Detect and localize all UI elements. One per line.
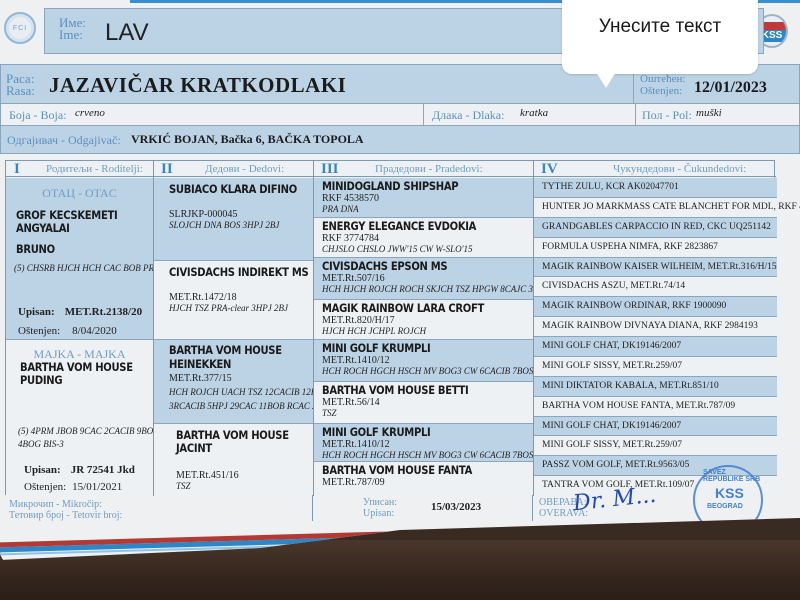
great-great-grandparent-row: HUNTER JO MARKMASS CATE BLANCHET FOR MDL… xyxy=(534,198,777,218)
ostenjen-label: Oštenjen: xyxy=(24,481,66,493)
dog-name[interactable]: LAV xyxy=(105,19,149,47)
pedigree-table: I Родитељи - Roditelji: II Дедови - Dedo… xyxy=(5,160,775,495)
great-grandparent-name: MINIDOGLAND SHIPSHAP xyxy=(322,181,458,194)
column-number: II xyxy=(161,161,173,178)
great-great-grandparent-row: BARTHA VOM HOUSE FANTA, MET.Rt.787/09 xyxy=(534,397,777,417)
grandparent-name: BARTHA VOM HOUSE JACINT xyxy=(176,430,313,455)
column-title: Родитељи - Roditelji: xyxy=(46,163,143,175)
column-number: III xyxy=(321,161,339,178)
great-grandparent-name: BARTHA VOM HOUSE BETTI xyxy=(322,385,468,398)
great-great-grandparent-row: MAGIK RAINBOW KAISER WILHEIM, MET.Rt.316… xyxy=(534,258,777,278)
great-grandparent-reg: RKF 4538570 xyxy=(322,193,458,204)
great-grandparent-titles: PRA DNA xyxy=(322,204,458,214)
text-callout-bubble[interactable]: Унесите текст xyxy=(562,0,758,74)
stamp-title: KSS xyxy=(715,485,744,501)
color-value: crveno xyxy=(75,107,105,119)
great-grandparent-reg: MET.Rt.507/16 xyxy=(322,273,533,284)
whelped-date: 12/01/2023 xyxy=(694,79,767,97)
great-great-grandparent-row: MINI GOLF SISSY, MET.Rt.259/07 xyxy=(534,436,777,456)
sire-cell: ОТАЦ - OTAC GROF KECSKEMETI ANGYALAI BRU… xyxy=(6,178,153,340)
breeder-value: VRKIĆ BOJAN, Bačka 6, BAČKA TOPOLA xyxy=(131,132,364,147)
color-coat-sex-row: Боја - Boja: crveno Длака - Dlaka: kratk… xyxy=(0,104,800,126)
tattoo-label: Тетовир број - Tetovir broj: xyxy=(9,510,122,521)
ostenjen-value: 15/01/2021 xyxy=(72,481,122,493)
breeder-row: Одгајивач - Odgajivač: VRKIĆ BOJAN, Bačk… xyxy=(0,126,800,154)
great-grandparent-titles: HCH HJCH ROJCH ROCH SKJCH TSZ HPGW 8CAJC… xyxy=(322,284,533,294)
great-great-grandparent-row: MAGIK RAINBOW DIVNAYA DIANA, RKF 2984193 xyxy=(534,317,777,337)
column-title: Чукундедови - Čukundedovi: xyxy=(613,163,746,175)
fci-logo-text: FCI xyxy=(13,25,27,32)
callout-tail xyxy=(596,72,616,88)
fci-logo-icon: FCI xyxy=(4,12,36,44)
grandparent-name: BARTHA VOM HOUSE xyxy=(169,345,313,358)
microchip-label: Микрочип - Mikročip: xyxy=(9,499,122,510)
great-grandparent-cell: MINI GOLF KRUMPLIMET.Rt.1410/12HCH ROCH … xyxy=(314,340,533,382)
great-great-grandparent-row: CIVISDACHS ASZU, MET.Rt.74/14 xyxy=(534,277,777,297)
dam-titles: (5) 4PRM JBOB 9CAC 2CACIB 9BOB 2BOG-2 xyxy=(18,426,153,436)
pedigree-footer: Микрочип - Mikročip: Тетовир број - Teto… xyxy=(5,495,775,521)
grandparent-cell: SUBIACO KLARA DIFINO SLRJKP-000045 SLOJC… xyxy=(154,178,313,261)
column-header-great-grandparents: III Прадедови - Pradedovi: xyxy=(313,161,533,177)
great-grandparent-reg: MET.Rt.1410/12 xyxy=(322,439,533,450)
sire-name: GROF KECSKEMETI ANGYALAI xyxy=(16,210,153,235)
sire-titles: (5) CHSRB HJCH HCH CAC BOB PRA-1-clear xyxy=(14,263,153,273)
great-grandparent-cell: MINI GOLF KRUMPLIMET.Rt.1410/12HCH ROCH … xyxy=(314,424,533,462)
upisan-label: Upisan: xyxy=(18,306,55,318)
breed-label-latin: Rasa: xyxy=(6,85,35,97)
whelped-cell: Оштећен: Oštenjen: 12/01/2023 xyxy=(633,69,783,105)
grandparent-titles-line2: 3RCACIB 5HPJ 29CAC 11BOB RCAC 2CAJC xyxy=(169,401,313,411)
upisan-value: JR 72541 Jkd xyxy=(71,464,135,476)
great-grandparent-name: ENERGY ELEGANCE EVDOKIA xyxy=(322,221,476,234)
dam-cell: MAJKA - MAJKA BARTHA VOM HOUSE PUDING (5… xyxy=(6,340,153,496)
great-great-grandparent-row: MAGIK RAINBOW ORDINAR, RKF 1900090 xyxy=(534,297,777,317)
great-grandparent-titles: TSZ xyxy=(322,408,468,418)
great-grandparent-cell: BARTHA VOM HOUSE BETTIMET.Rt.56/14TSZ xyxy=(314,382,533,424)
whelped-label-latin: Oštenjen: xyxy=(640,85,685,97)
sex-value: muški xyxy=(696,107,722,119)
registered-date: 15/03/2023 xyxy=(431,501,481,513)
upisan-label: Upisan: xyxy=(24,464,61,476)
registered-cell: Уписан: Upisan: 15/03/2023 xyxy=(312,495,532,521)
kss-stamp-icon: SAVEZ REPUBLIKE SRB KSS BEOGRAD xyxy=(693,465,763,535)
great-grandparent-cell: BARTHA VOM HOUSE FANTAMET.Rt.787/09 xyxy=(314,462,533,496)
grandparent-reg: MET.Rt.1472/18 xyxy=(169,292,308,303)
column-header-great-great-grandparents: IV Чукундедови - Čukundedovi: xyxy=(533,161,776,177)
great-grandparent-cell: CIVISDACHS EPSON MSMET.Rt.507/16HCH HJCH… xyxy=(314,258,533,300)
grandparent-titles: HJCH TSZ PRA-clear 3HPJ 2BJ xyxy=(169,303,308,313)
column-title: Прадедови - Pradedovi: xyxy=(375,163,483,175)
great-great-grandparent-row: MINI GOLF SISSY, MET.Rt.259/07 xyxy=(534,357,777,377)
stamp-city: BEOGRAD xyxy=(707,503,743,510)
sire-registration: Upisan:MET.Rt.2138/20 xyxy=(18,306,152,318)
grandparent-cell: BARTHA VOM HOUSE HEINEKKEN MET.Rt.377/15… xyxy=(154,340,313,424)
pedigree-document: FCI KSS Име: Ime: LAV Раса: Rasa: JAZAVI… xyxy=(0,0,800,565)
great-great-grandparent-row: MINI GOLF CHAT, DK19146/2007 xyxy=(534,337,777,357)
ostenjen-label: Oštenjen: xyxy=(18,325,60,337)
great-great-grandparent-row: MINI GOLF CHAT, DK19146/2007 xyxy=(534,417,777,437)
grandparent-name: CIVISDACHS INDIREKT MS xyxy=(169,267,308,280)
great-grandparent-titles: CHJSLO CHSLO JWW'15 CW W-SLO'15 xyxy=(322,244,476,254)
great-grandparent-reg: RKF 3774784 xyxy=(322,233,476,244)
whelped-label-cyrillic: Оштећен: xyxy=(640,73,685,85)
dam-titles-line2: 4BOG BIS-3 xyxy=(18,439,64,449)
column-number: IV xyxy=(541,161,558,178)
grandparent-name-line2: HEINEKKEN xyxy=(169,359,313,372)
column-header-parents: I Родитељи - Roditelji: xyxy=(6,161,153,177)
microchip-tattoo-labels: Микрочип - Mikročip: Тетовир број - Teto… xyxy=(9,499,122,521)
registered-label-latin: Upisan: xyxy=(363,508,397,519)
great-grandparent-name: CIVISDACHS EPSON MS xyxy=(322,261,533,274)
great-great-grandparent-row: TYTHE ZULU, KCR AK02047701 xyxy=(534,178,777,198)
great-grandparent-titles: HCH ROCH HGCH HSCH MV BOG3 CW 6CACIB 7BO… xyxy=(322,366,533,376)
great-grandparent-name: MINI GOLF KRUMPLI xyxy=(322,343,533,356)
certified-cell: ОВЕРАВА: OVERAVA: Dr. M... SAVEZ REPUBLI… xyxy=(532,495,775,521)
great-grandparent-cell: MINIDOGLAND SHIPSHAPRKF 4538570PRA DNA xyxy=(314,178,533,218)
breeder-label: Одгајивач - Odgajivač: xyxy=(7,134,121,146)
breed-value: JAZAVIČAR KRATKODLAKI xyxy=(49,73,346,98)
grandparent-reg: MET.Rt.377/15 xyxy=(169,373,313,384)
dam-whelped: Oštenjen:15/01/2021 xyxy=(24,481,122,493)
sex-label: Пол - Pol: xyxy=(642,109,692,121)
grandparent-name: SUBIACO KLARA DIFINO xyxy=(169,184,297,197)
sex-cell: Пол - Pol: muški xyxy=(635,104,785,126)
great-grandparent-name: BARTHA VOM HOUSE FANTA xyxy=(322,465,472,478)
great-great-grandparents-column: TYTHE ZULU, KCR AK02047701HUNTER JO MARK… xyxy=(534,178,777,496)
dam-registration: Upisan:JR 72541 Jkd xyxy=(24,464,145,476)
great-grandparent-titles: HCH ROCH HGCH HSCH MV BOG3 CW 6CACIB 7BO… xyxy=(322,450,533,460)
registered-label-cyrillic: Уписан: xyxy=(363,497,397,508)
grandparent-cell: BARTHA VOM HOUSE JACINT MET.Rt.451/16 TS… xyxy=(154,424,313,496)
name-label-latin: Ime: xyxy=(59,29,86,41)
dam-name: BARTHA VOM HOUSE PUDING xyxy=(20,362,153,387)
great-grandparent-reg: MET.Rt.820/H/17 xyxy=(322,315,484,326)
great-grandparent-name: MINI GOLF KRUMPLI xyxy=(322,427,533,440)
column-header-grandparents: II Дедови - Dedovi: xyxy=(153,161,313,177)
great-grandparent-cell: ENERGY ELEGANCE EVDOKIARKF 3774784CHJSLO… xyxy=(314,218,533,258)
great-grandparent-cell: MAGIK RAINBOW LARA CROFTMET.Rt.820/H/17H… xyxy=(314,300,533,340)
great-grandparent-reg: MET.Rt.56/14 xyxy=(322,397,468,408)
color-label: Боја - Boja: xyxy=(9,109,67,121)
callout-text[interactable]: Унесите текст xyxy=(599,16,722,37)
sire-heading: ОТАЦ - OTAC xyxy=(6,186,153,201)
great-great-grandparent-row: FORMULA USPEHA NIMFA, RKF 2823867 xyxy=(534,238,777,258)
coat-label: Длака - Dlaka: xyxy=(432,109,504,121)
ostenjen-value: 8/04/2020 xyxy=(72,325,117,337)
breed-label: Раса: Rasa: xyxy=(6,73,35,97)
coat-value: kratka xyxy=(520,107,548,119)
registered-label: Уписан: Upisan: xyxy=(363,497,397,519)
grandparent-reg: MET.Rt.451/16 xyxy=(176,470,313,481)
dam-heading: MAJKA - MAJKA xyxy=(6,347,153,362)
great-grandparent-reg: MET.Rt.1410/12 xyxy=(322,355,533,366)
sire-name-line2: BRUNO xyxy=(16,244,153,257)
sire-whelped: Oštenjen:8/04/2020 xyxy=(18,325,117,337)
grandparent-titles: SLOJCH DNA BOS 3HPJ 2BJ xyxy=(169,220,297,230)
grandparent-titles: HCH ROJCH UACH TSZ 12CACIB 12BOS 5BJ xyxy=(169,387,313,397)
coat-cell: Длака - Dlaka: kratka xyxy=(423,104,635,126)
great-great-grandparent-row: MINI DIKTATOR KABALA, MET.Rt.851/10 xyxy=(534,377,777,397)
upisan-value: MET.Rt.2138/20 xyxy=(65,306,142,318)
grandparent-cell: CIVISDACHS INDIREKT MS MET.Rt.1472/18 HJ… xyxy=(154,261,313,340)
grandparent-reg: SLRJKP-000045 xyxy=(169,209,297,220)
stamp-ring-text: SAVEZ REPUBLIKE SRB xyxy=(703,469,761,483)
great-great-grandparent-row: GRANDGABLES CARPACCIO IN RED, CKC UQ2511… xyxy=(534,218,777,238)
great-grandparent-name: MAGIK RAINBOW LARA CROFT xyxy=(322,303,484,316)
great-grandparent-titles: HJCH HCH JCHPL ROJCH xyxy=(322,326,484,336)
great-grandparent-reg: MET.Rt.787/09 xyxy=(322,477,472,488)
column-title: Дедови - Dedovi: xyxy=(205,163,284,175)
column-number: I xyxy=(14,161,20,178)
whelped-label: Оштећен: Oštenjen: xyxy=(640,73,685,97)
grandparent-titles: TSZ xyxy=(176,481,313,491)
name-label: Име: Ime: xyxy=(59,17,86,41)
